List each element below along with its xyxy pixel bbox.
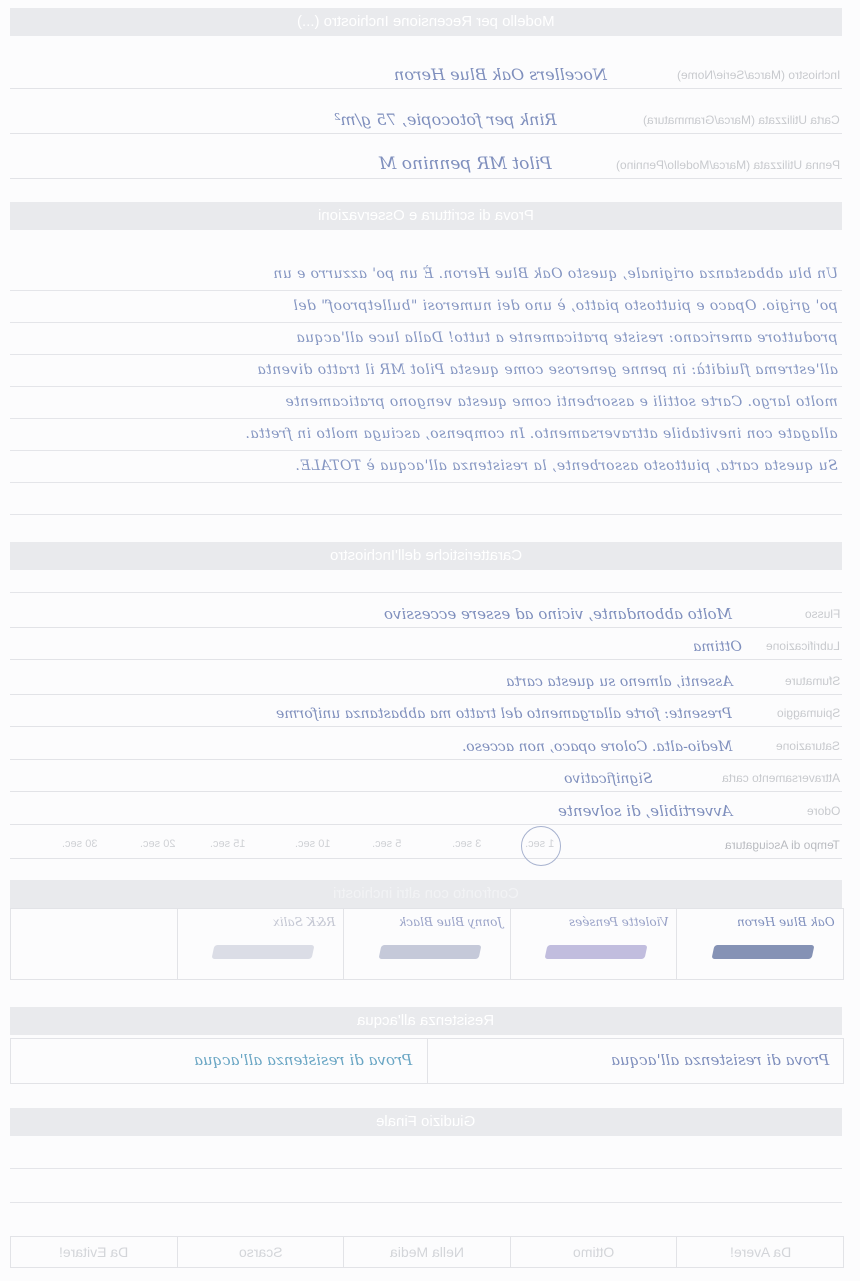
char-label: Flusso [805,607,840,621]
water-resistance-table: Prova di resistenza all'acqua Prova di r… [10,1038,844,1084]
comparison-cell: R&K Salix [177,909,344,979]
char-row-lubrication: Lubrificazione Ottima [10,627,842,660]
writing-section-title: Prova di scrittura e Osservazioni [318,202,534,230]
pen-label: Penna Utilizzata (Marca/Modello/Pennino) [616,158,840,172]
char-value[interactable]: Avvertibile, di solvente [558,802,732,820]
comparison-cell-empty [11,909,177,979]
paper-label: Carta Utilizzata (Marca/Grammatura) [643,113,840,127]
char-label: Saturazione [776,739,840,753]
paper-value[interactable]: Rink per fotocopie, 75 g/m² [334,110,557,129]
char-label: Odore [807,804,840,818]
rating-option[interactable]: Nella Media [343,1237,510,1267]
ink-swatch [212,945,315,959]
pen-row: Penna Utilizzata (Marca/Modello/Pennino)… [10,133,842,179]
comparison-ink-name: Violette Pensées [569,915,669,929]
water-resistance-cell: Prova di resistenza all'acqua [428,1039,844,1083]
rating-option[interactable]: Da Avere! [676,1237,843,1267]
form-title: Modello per Recensione Inchiostro (...) [297,8,555,36]
drying-option[interactable]: 3 sec. [437,838,497,850]
drying-option[interactable]: 10 sec. [283,838,343,850]
rating-option[interactable]: Da Evitare! [11,1237,177,1267]
water-resistance-section-title: Resistenza all'acqua [357,1007,494,1035]
characteristics-section-bar: Caratteristiche dell'Inchiostro [10,542,842,570]
pen-value[interactable]: Pilot MR pennino M [379,154,552,174]
char-row-odor: Odore Avvertibile, di solvente [10,791,842,825]
water-test-text: Prova di resistenza all'acqua [611,1051,829,1069]
comparison-cell: Violette Pensées [510,909,677,979]
rating-table: Da Avere! Ottimo Nella Media Scarso Da E… [10,1236,844,1268]
drying-option[interactable]: 30 sec. [50,838,110,850]
char-value[interactable]: Ottima [693,639,742,655]
char-label: Spiumaggio [777,706,840,720]
comparison-table: Oak Blue Heron Violette Pensées Jonny Bl… [10,908,844,980]
drying-selected-circle [521,826,561,866]
comparison-ink-name: Oak Blue Heron [737,915,835,929]
writing-line: po' grigio. Opaco e piuttosto piatto, è … [293,298,838,314]
comparison-ink-name: Jonny Blue Black [399,915,502,929]
writing-line: produttore americano: resiste praticamen… [296,330,838,346]
water-resistance-cell: Prova di resistenza all'acqua [11,1039,428,1083]
char-value[interactable]: Molto abbondante, vicino ad essere ecces… [384,605,732,623]
writing-line: molto largo. Carte sottili e assorbenti … [285,394,838,410]
ink-swatch [378,945,481,959]
verdict-section-title: Giudizio Finale [376,1108,475,1136]
drying-option[interactable]: 5 sec. [357,838,417,850]
char-value[interactable]: Medio-alta. Colore opaco, non acceso. [462,739,732,755]
water-resistance-section-bar: Resistenza all'acqua [10,1007,842,1035]
ink-row: Inchiostro (Marca/Serie/Nome) Nocellers … [10,50,842,89]
ink-swatch [545,945,648,959]
writing-line: all'estrema fluidità: in penne generose … [257,362,838,378]
drying-option[interactable]: 15 sec. [198,838,258,850]
verdict-section-bar: Giudizio Finale [10,1108,842,1136]
char-label: Lubrificazione [766,639,840,653]
comparison-section-bar: Confronto con altri inchiostri [10,880,842,908]
paper-row: Carta Utilizzata (Marca/Grammatura) Rink… [10,88,842,134]
writing-line: allagate con inevitabile attraversamento… [245,426,838,442]
char-value[interactable]: Presente: forte allargamento del tratto … [276,706,732,722]
rating-option[interactable]: Ottimo [510,1237,677,1267]
char-row-saturation: Saturazione Medio-alta. Colore opaco, no… [10,726,842,760]
char-row-flow: Flusso Molto abbondante, vicino ad esser… [10,593,842,628]
comparison-cell: Jonny Blue Black [343,909,510,979]
char-row-feathering: Spiumaggio Presente: forte allargamento … [10,694,842,727]
comparison-section-title: Confronto con altri inchiostri [333,880,519,908]
characteristics-section-title: Caratteristiche dell'Inchiostro [330,542,522,570]
writing-section-bar: Prova di scrittura e Osservazioni [10,202,842,230]
char-row-bleedthrough: Attraversamento carta Significativo [10,759,842,792]
comparison-cell: Oak Blue Heron [676,909,843,979]
char-row-shading: Sfumature Assenti, almeno su questa cart… [10,659,842,695]
char-value[interactable]: Assenti, almeno su questa carta [506,674,732,690]
comparison-ink-name: R&K Salix [273,915,335,929]
rating-option[interactable]: Scarso [177,1237,344,1267]
ink-value[interactable]: Nocellers Oak Blue Heron [394,65,607,84]
writing-line: Su questa carta, piuttosto assorbente, l… [295,458,838,474]
writing-line: Un blu abbastanza originale, questo Oak … [273,266,838,282]
form-title-bar: Modello per Recensione Inchiostro (...) [10,8,842,36]
ink-swatch [712,945,815,959]
ink-label: Inchiostro (Marca/Serie/Nome) [677,68,840,82]
char-label: Sfumature [785,674,840,688]
drying-option[interactable]: 20 sec. [128,838,188,850]
water-test-text: Prova di resistenza all'acqua [194,1051,412,1069]
char-value[interactable]: Significativo [564,771,653,787]
char-label: Attraversamento carta [722,771,840,785]
drying-label: Tempo di Asciugatura [725,838,840,852]
